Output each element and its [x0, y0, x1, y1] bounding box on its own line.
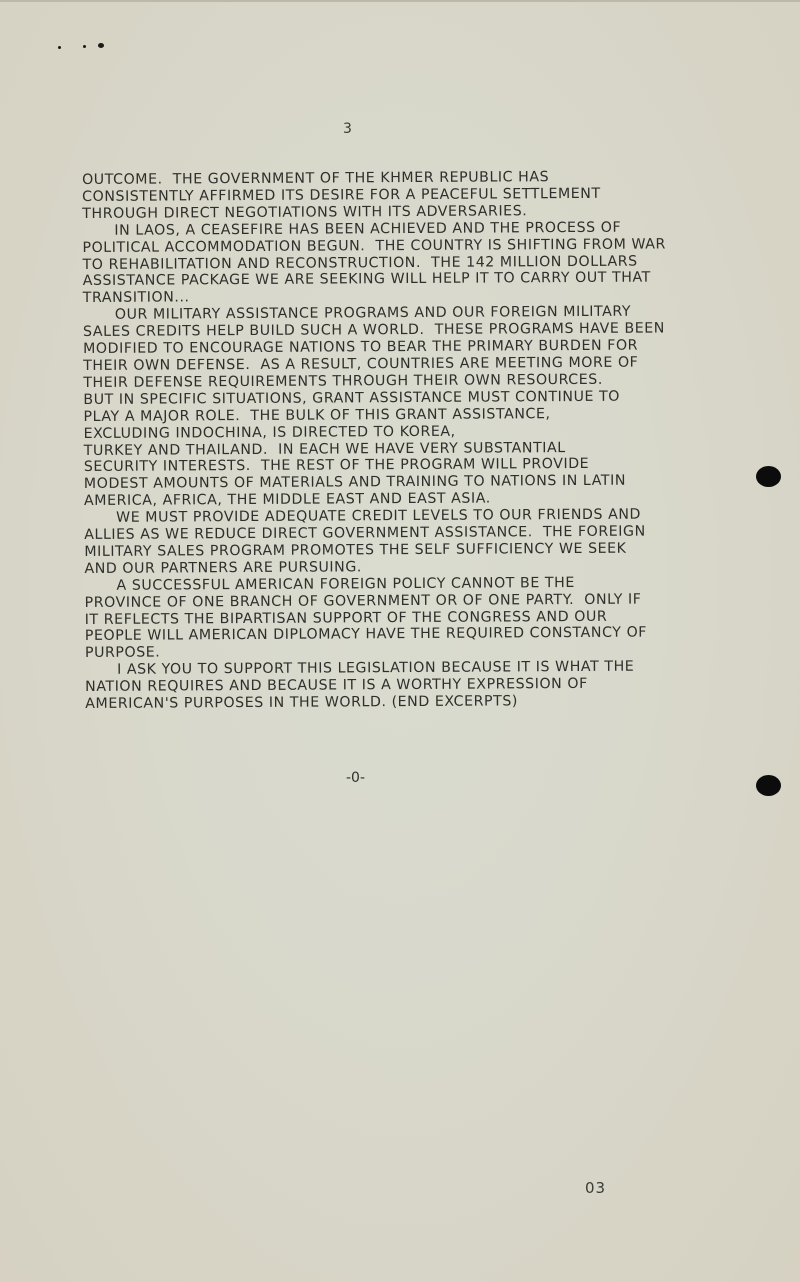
page-number-top: 3 [343, 121, 352, 137]
page-top-edge [0, 0, 800, 2]
document-page: 3 OUTCOME. THE GOVERNMENT OF THE KHMER R… [0, 0, 800, 1282]
punch-hole-upper [756, 466, 781, 487]
text-line: AMERICAN'S PURPOSES IN THE WORLD. (END E… [85, 692, 725, 713]
end-marker: -0- [346, 770, 365, 786]
page-code: 03 [585, 1179, 606, 1197]
punch-hole-lower [756, 775, 781, 796]
document-body: OUTCOME. THE GOVERNMENT OF THE KHMER REP… [82, 168, 725, 713]
ink-specks [56, 43, 106, 51]
